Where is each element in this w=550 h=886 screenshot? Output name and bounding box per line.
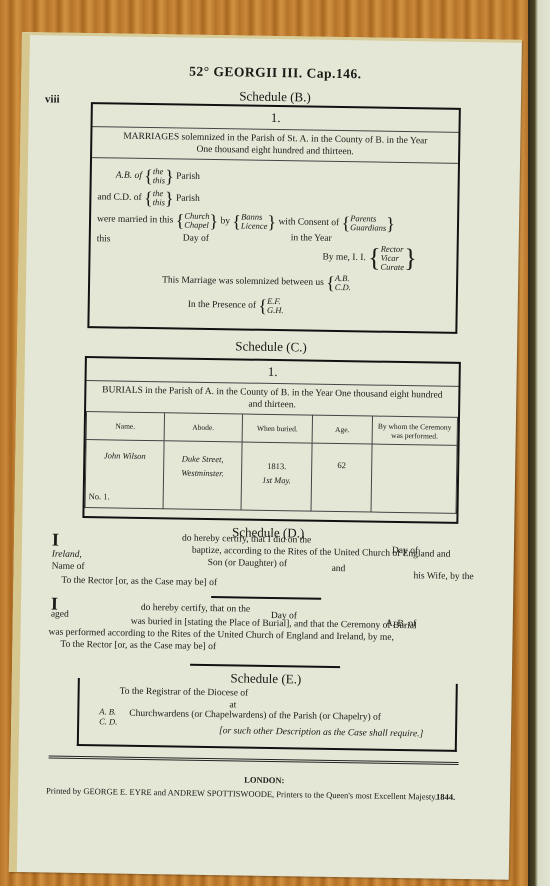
line-solemnized: This Marriage was solemnized between us … bbox=[162, 271, 351, 292]
text-this: this bbox=[97, 234, 111, 244]
column-header-by-whom: By whom the Ceremony was performed. bbox=[372, 416, 458, 445]
schedule-d-certificate-burial: I aged do hereby certify, that on the Da… bbox=[30, 35, 522, 43]
act-title: 52° GEORGII III. Cap.146. bbox=[29, 61, 521, 85]
footer-rule bbox=[49, 756, 459, 765]
text-line: at bbox=[229, 700, 236, 710]
entry-number: No. 1. bbox=[89, 491, 110, 501]
opt: Guardians bbox=[350, 222, 386, 233]
line-presence: In the Presence of {E.F.G.H. bbox=[188, 296, 284, 316]
abode-line: Westminster. bbox=[166, 465, 239, 480]
opt: Curate bbox=[380, 262, 404, 272]
text: were married in this bbox=[97, 214, 173, 225]
name: A. B. bbox=[99, 706, 117, 716]
cell-when-buried: 1813. 1st May. bbox=[241, 442, 313, 511]
imprint-year: 1844. bbox=[436, 792, 455, 802]
text-day-of: Day of bbox=[183, 234, 209, 244]
schedule-d-certificate-baptism: I do hereby certify, that I did on the D… bbox=[30, 35, 522, 43]
name: C. D. bbox=[99, 716, 117, 726]
text: by bbox=[220, 216, 230, 226]
burial-date: 1st May. bbox=[244, 473, 310, 488]
table-row: John Wilson No. 1. Duke Street, Westmins… bbox=[85, 440, 457, 514]
cell-by-whom bbox=[371, 444, 457, 513]
cell-age: 62 bbox=[311, 443, 371, 512]
line-ab: A.B. of {thethis} Parish bbox=[116, 166, 200, 185]
entry-name: John Wilson bbox=[88, 450, 161, 461]
divider-rule bbox=[190, 664, 340, 668]
burial-year: 1813. bbox=[244, 459, 310, 474]
warden-names: A. B. C. D. bbox=[99, 706, 117, 726]
cell-name: John Wilson No. 1. bbox=[85, 440, 164, 509]
document-page: viii 52° GEORGII III. Cap.146. Schedule … bbox=[9, 32, 522, 880]
line-married: were married in this {ChurchChapel} by {… bbox=[97, 210, 395, 233]
text-line: To the Registrar of the Diocese of bbox=[120, 687, 249, 699]
column-header-age: Age. bbox=[312, 415, 372, 444]
column-header-when-buried: When buried. bbox=[242, 414, 313, 443]
text-line: and bbox=[332, 564, 346, 574]
marriage-form: A.B. of {thethis} Parish and C.D. of {th… bbox=[89, 157, 458, 333]
text: and C.D. of bbox=[97, 192, 141, 203]
text: By me, I. I. bbox=[322, 252, 365, 263]
text-in-the-year: in the Year bbox=[291, 233, 332, 244]
text: Parish bbox=[176, 172, 200, 182]
abode-line: Duke Street, bbox=[166, 451, 239, 466]
text-line: aged bbox=[51, 610, 69, 620]
column-header-name: Name. bbox=[86, 412, 164, 441]
schedule-e-box: To the Registrar of the Diocese of at A.… bbox=[77, 678, 458, 752]
text-line: To the Rector [or, as the Case may be] o… bbox=[60, 640, 216, 652]
opt: Licence bbox=[241, 220, 268, 230]
text-line: do hereby certify, that on the bbox=[141, 603, 250, 615]
text: In the Presence of bbox=[188, 300, 256, 311]
divider-rule bbox=[211, 596, 321, 600]
opt: this bbox=[153, 175, 165, 185]
burial-register-table: Name. Abode. When buried. Age. By whom t… bbox=[85, 411, 458, 514]
text-line: Ireland, bbox=[52, 550, 82, 560]
text: with Consent of bbox=[278, 217, 339, 228]
drop-initial: I bbox=[52, 530, 59, 551]
opt: Chapel bbox=[184, 220, 209, 230]
adjacent-page-edge bbox=[528, 0, 550, 886]
opt: this bbox=[153, 197, 165, 207]
schedule-b-box: 1. MARRIAGES solemnized in the Parish of… bbox=[87, 102, 461, 334]
text-line: To the Rector [or, as the Case may be] o… bbox=[61, 576, 217, 588]
text-line: his Wife, by the bbox=[413, 571, 473, 582]
text-line: do hereby certify, that I did on the bbox=[182, 534, 311, 546]
text: A.B. of bbox=[116, 171, 142, 181]
schedule-c-box: 1. BURIALS in the Parish of A. in the Co… bbox=[82, 356, 460, 524]
text-line: Name of bbox=[52, 562, 85, 573]
opt: G.H. bbox=[267, 305, 284, 315]
text: Parish bbox=[176, 194, 200, 204]
line-cd: and C.D. of {thethis} Parish bbox=[97, 188, 200, 208]
cell-abode: Duke Street, Westminster. bbox=[163, 441, 242, 510]
opt: C.D. bbox=[335, 282, 351, 292]
imprint-printer: Printed by GEORGE E. EYRE and ANDREW SPO… bbox=[46, 785, 437, 801]
text-line: [or such other Description as the Case s… bbox=[219, 726, 423, 739]
text-line: Son (or Daughter) of bbox=[208, 558, 288, 569]
text-line: Churchwardens (or Chapelwardens) of the … bbox=[129, 709, 381, 723]
line-by-me: By me, I. I. {RectorVicarCurate} bbox=[322, 244, 417, 272]
column-header-abode: Abode. bbox=[164, 413, 242, 442]
text: This Marriage was solemnized between us bbox=[162, 275, 324, 288]
